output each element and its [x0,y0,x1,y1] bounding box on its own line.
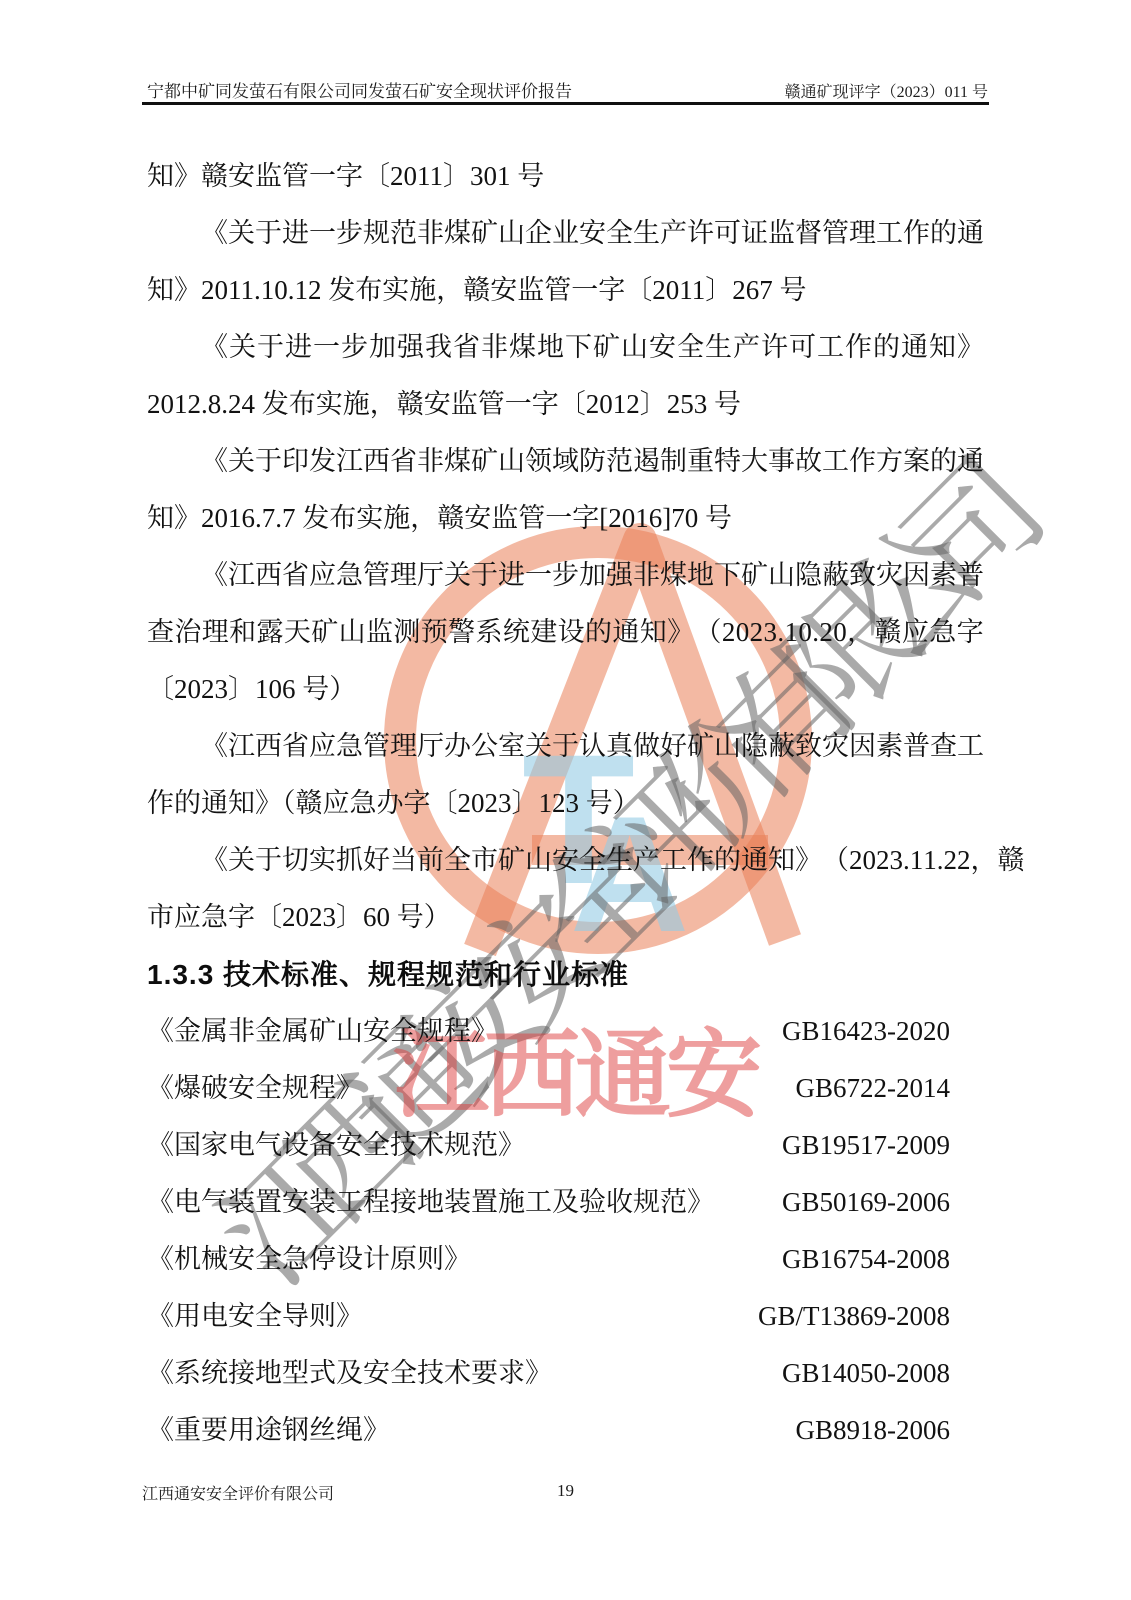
body-line: 知》赣安监管一字〔2011〕301 号 [147,160,984,217]
standard-code: GB/T13869-2008 [758,1300,950,1357]
section-heading: 1.3.3 技术标准、规程规范和行业标准 [147,958,984,1015]
standard-row: 《机械安全急停设计原则》 GB16754-2008 [147,1243,984,1300]
body-line: 2012.8.24 发布实施，赣安监管一字〔2012〕253 号 [147,388,984,445]
header-report-title: 宁都中矿同发萤石有限公司同发萤石矿安全现状评价报告 [147,82,572,101]
footer-page-number: 19 [0,1481,1131,1501]
body-line: 市应急字〔2023〕60 号） [147,901,984,958]
body-line: 《关于印发江西省非煤矿山领域防范遏制重特大事故工作方案的通 [147,445,984,502]
standard-row: 《爆破安全规程》 GB6722-2014 [147,1072,984,1129]
standard-row: 《电气装置安装工程接地装置施工及验收规范》 GB50169-2006 [147,1186,984,1243]
standard-name: 《国家电气设备安全技术规范》 [147,1129,525,1186]
standard-name: 《机械安全急停设计原则》 [147,1243,471,1300]
standard-name: 《金属非金属矿山安全规程》 [147,1015,498,1072]
body-line: 作的通知》（赣应急办字〔2023〕123 号） [147,787,984,844]
header-document-number: 赣通矿现评字（2023）011 号 [785,83,988,102]
body-line: 《关于进一步规范非煤矿山企业安全生产许可证监督管理工作的通 [147,217,984,274]
standard-row: 《用电安全导则》 GB/T13869-2008 [147,1300,984,1357]
body-line: 知》2011.10.12 发布实施，赣安监管一字〔2011〕267 号 [147,274,984,331]
body-line: 《关于切实抓好当前全市矿山安全生产工作的通知》（2023.11.22，赣 [147,844,984,901]
standard-name: 《电气装置安装工程接地装置施工及验收规范》 [147,1186,714,1243]
standard-code: GB6722-2014 [796,1072,951,1129]
standard-row: 《金属非金属矿山安全规程》 GB16423-2020 [147,1015,984,1072]
page-content: 宁都中矿同发萤石有限公司同发萤石矿安全现状评价报告 赣通矿现评字（2023）01… [0,0,1131,1600]
standard-name: 《系统接地型式及安全技术要求》 [147,1357,552,1414]
body-line: 《江西省应急管理厅办公室关于认真做好矿山隐蔽致灾因素普查工 [147,730,984,787]
standard-row: 《重要用途钢丝绳》 GB8918-2006 [147,1414,984,1471]
standard-name: 《爆破安全规程》 [147,1072,363,1129]
standard-code: GB16423-2020 [782,1015,950,1072]
standard-row: 《国家电气设备安全技术规范》 GB19517-2009 [147,1129,984,1186]
standard-name: 《用电安全导则》 [147,1300,363,1357]
body-line: 《江西省应急管理厅关于进一步加强非煤地下矿山隐蔽致灾因素普 [147,559,984,616]
standard-name: 《重要用途钢丝绳》 [147,1414,390,1471]
standard-code: GB50169-2006 [782,1186,950,1243]
body-line: 《关于进一步加强我省非煤地下矿山安全生产许可工作的通知》 [147,331,984,388]
body-line: 查治理和露天矿山监测预警系统建设的通知》（2023.10.20，赣应急字 [147,616,984,673]
standard-row: 《系统接地型式及安全技术要求》 GB14050-2008 [147,1357,984,1414]
body-line: 〔2023〕106 号） [147,673,984,730]
standard-code: GB8918-2006 [796,1414,951,1471]
body-line: 知》2016.7.7 发布实施，赣安监管一字[2016]70 号 [147,502,984,559]
body-text-block: 知》赣安监管一字〔2011〕301 号《关于进一步规范非煤矿山企业安全生产许可证… [147,160,984,1471]
standard-code: GB16754-2008 [782,1243,950,1300]
standard-code: GB19517-2009 [782,1129,950,1186]
header-rule [142,102,989,105]
document-page: T A 江西通安安全评价有限公司 江西通安 宁都中矿同发萤石有限公司同发萤石矿安… [0,0,1131,1600]
standard-code: GB14050-2008 [782,1357,950,1414]
